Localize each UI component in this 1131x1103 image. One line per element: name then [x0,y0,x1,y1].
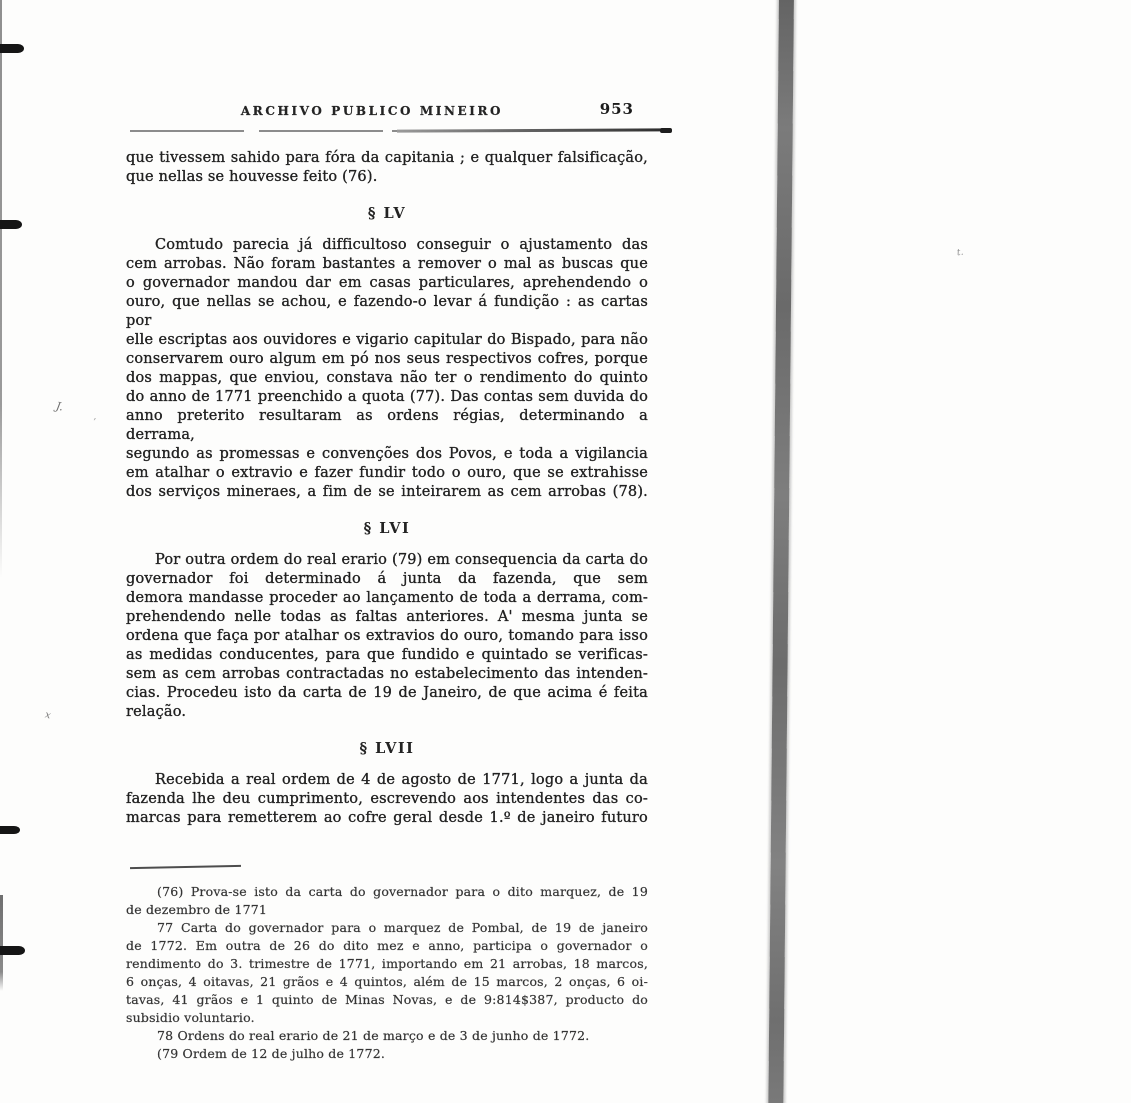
binding-mark [0,220,22,229]
text-line: 78 Ordens do real erario de 21 de março … [126,1027,648,1045]
pen-mark: ʼ [93,418,96,428]
text-line: as medidas conducentes, para que fundido… [126,646,648,665]
text-line: em atalhar o extravio e fazer fundir tod… [126,464,648,483]
text-line: Recebida a real ordem de 4 de agosto de … [126,771,648,790]
text-line: conservarem ouro algum em pó nos seus re… [126,350,648,369]
text-line: 6 onças, 4 oitavas, 21 grãos e 4 quintos… [126,973,648,991]
rule-segment [660,128,672,133]
text-line: que nellas se houvesse feito (76). [126,168,648,187]
text-line: tavas, 41 grãos e 1 quinto de Minas Nova… [126,991,648,1009]
text-line: dos mappas, que enviou, constava não ter… [126,369,648,388]
rule-segment [397,128,665,132]
footnotes: (76) Prova-se isto da carta do governado… [126,883,648,1063]
paragraph: que tivessem sahido para fóra da capitan… [126,149,648,187]
text-line: anno preterito resultaram as ordens régi… [126,407,648,445]
text-line: de 1772. Em outra de 26 do dito mez e an… [126,937,648,955]
text-line: Por outra ordem do real erario (79) em c… [126,551,648,570]
text-line: (79 Ordem de 12 de julho de 1772. [126,1045,648,1063]
binding-mark [0,946,25,955]
text-line: ouro, que nellas se achou, e fazendo-o l… [126,293,648,331]
pen-mark: t. [956,248,964,259]
pen-mark: J. [55,399,64,413]
page-edge-line [0,0,2,578]
text-column: ARCHIVO PUBLICO MINEIRO 953 que tivessem… [126,0,648,1063]
rule-segment [259,130,383,132]
body-text: que tivessem sahido para fóra da capitan… [126,149,648,828]
scan-gutter-bar [768,0,794,1103]
text-line: elle escriptas aos ouvidores e vigario c… [126,331,648,350]
text-line: governador foi determinado á junta da fa… [126,570,648,589]
text-line: ordena que faça por atalhar os extravios… [126,627,648,646]
section-heading: § LV [126,204,648,223]
text-line: demora mandasse proceder ao lançamento d… [126,589,648,608]
footnote-separator [130,865,241,869]
binding-mark [0,826,20,834]
text-line: fazenda lhe deu cumprimento, escrevendo … [126,790,648,809]
text-line: Comtudo parecia já difficultoso consegui… [126,236,648,255]
text-line: prehendendo nelle todas as faltas anteri… [126,608,648,627]
section-heading: § LVII [126,739,648,758]
paragraph: Por outra ordem do real erario (79) em c… [126,551,648,722]
page-header: ARCHIVO PUBLICO MINEIRO 953 [126,0,648,133]
header-rule [126,129,648,134]
text-line: segundo as promessas e convenções dos Po… [126,445,648,464]
text-line: dos serviços mineraes, a fim de se intei… [126,483,648,502]
text-line: 77 Carta do governador para o marquez de… [126,919,648,937]
text-line: que tivessem sahido para fóra da capitan… [126,149,648,168]
pen-mark: x [44,710,52,722]
text-line: cias. Procedeu isto da carta de 19 de Ja… [126,684,648,703]
section-heading: § LVI [126,519,648,538]
rule-segment [130,130,244,132]
binding-mark [0,44,24,53]
text-line: rendimento do 3. trimestre de 1771, impo… [126,955,648,973]
text-line: de dezembro de 1771 [126,901,648,919]
text-line: sem as cem arrobas contractadas no estab… [126,665,648,684]
text-line: cem arrobas. Não foram bastantes a remov… [126,255,648,274]
running-title: ARCHIVO PUBLICO MINEIRO [126,104,618,118]
text-line: marcas para remetterem ao cofre geral de… [126,809,648,828]
page-number: 953 [600,100,634,118]
text-line: subsidio voluntario. [126,1009,648,1027]
text-line: o governador mandou dar em casas particu… [126,274,648,293]
paragraph: Comtudo parecia já difficultoso consegui… [126,236,648,502]
page-edge-line [0,895,3,991]
text-line: relação. [126,703,648,722]
text-line: (76) Prova-se isto da carta do governado… [126,883,648,901]
paragraph: Recebida a real ordem de 4 de agosto de … [126,771,648,828]
text-line: do anno de 1771 preenchido a quota (77).… [126,388,648,407]
